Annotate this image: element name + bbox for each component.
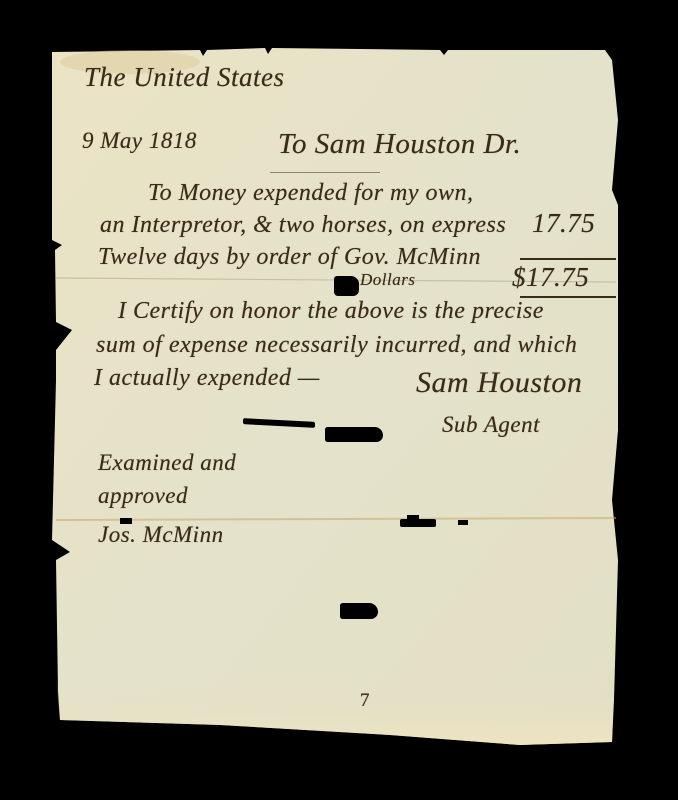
document-photo: The United States To Sam Houston Dr. 9 M… (0, 0, 678, 800)
approval-line-1: Examined and (98, 450, 236, 476)
paper-sheet (0, 0, 678, 800)
payee-underline (270, 172, 380, 173)
body-line-2: an Interpretor, & two horses, on express (100, 212, 506, 239)
sum-rule (520, 258, 616, 260)
certification-line-3: I actually expended — (94, 365, 320, 392)
body-line-1: To Money expended for my own, (148, 180, 474, 207)
tear-hole (458, 520, 468, 525)
signature-name: Sam Houston (416, 366, 582, 400)
tear-hole (325, 427, 383, 442)
approval-line-2: approved (98, 483, 188, 509)
tear-hole (334, 276, 359, 296)
payee-heading: To Sam Houston Dr. (278, 128, 521, 161)
body-line-3: Twelve days by order of Gov. McMinn (98, 244, 481, 271)
certification-line-2: sum of expense necessarily incurred, and… (96, 332, 577, 359)
total-amount: $17.75 (512, 262, 589, 293)
approval-signer: Jos. McMinn (98, 522, 224, 548)
payer-heading: The United States (84, 62, 284, 93)
total-label: Dollars (360, 270, 415, 290)
tear-hole (340, 603, 378, 619)
document-date: 9 May 1818 (82, 128, 197, 154)
page-number: 7 (360, 690, 370, 712)
line-amount: 17.75 (532, 208, 595, 239)
tear-hole (407, 515, 419, 520)
signature-title: Sub Agent (442, 412, 540, 438)
certification-line-1: I Certify on honor the above is the prec… (118, 298, 544, 325)
tear-hole (400, 519, 436, 527)
